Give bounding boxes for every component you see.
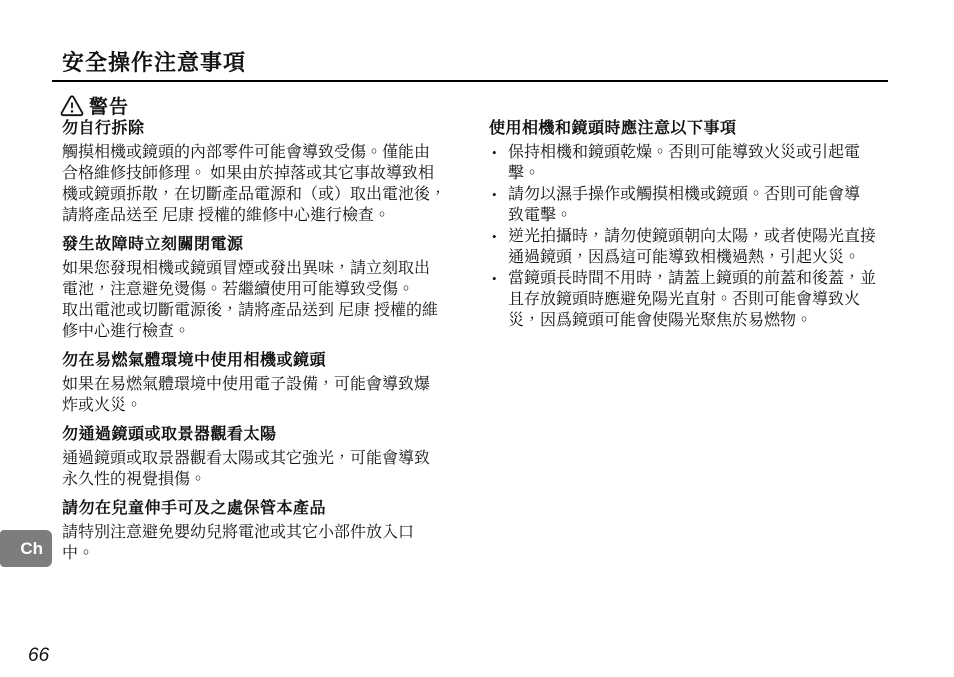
bullet-text: 當鏡頭長時間不用時，請蓋上鏡頭的前蓋和後蓋，並 且存放鏡頭時應避免陽光直射。否則… <box>508 268 915 331</box>
bullet-icon: • <box>489 268 508 289</box>
right-column: 使用相機和鏡頭時應注意以下事項 • 保持相機和鏡頭乾燥。否則可能導致火災或引起電… <box>489 118 915 331</box>
bullet-icon: • <box>489 226 508 247</box>
bullet-text: 保持相機和鏡頭乾燥。否則可能導致火災或引起電 擊。 <box>508 142 915 184</box>
list-item: • 請勿以濕手操作或觸摸相機或鏡頭。否則可能會導 致電擊。 <box>489 184 915 226</box>
bullet-icon: • <box>489 142 508 163</box>
section-heading: 請勿在兒童伸手可及之處保管本產品 <box>62 498 474 519</box>
list-item: • 逆光拍攝時，請勿使鏡頭朝向太陽，或者使陽光直接 通過鏡頭，因爲這可能導致相機… <box>489 226 915 268</box>
title-rule <box>52 80 888 82</box>
page-title: 安全操作注意事項 <box>62 46 246 77</box>
list-item: • 當鏡頭長時間不用時，請蓋上鏡頭的前蓋和後蓋，並 且存放鏡頭時應避免陽光直射。… <box>489 268 915 331</box>
section-body: 請特別注意避免嬰幼兒將電池或其它小部件放入口 中。 <box>62 522 474 564</box>
section-body: 如果您發現相機或鏡頭冒煙或發出異味，請立刻取出 電池，注意避免燙傷。若繼續使用可… <box>62 258 474 342</box>
warning-heading: 警告 <box>60 92 129 119</box>
precaution-list: • 保持相機和鏡頭乾燥。否則可能導致火災或引起電 擊。 • 請勿以濕手操作或觸摸… <box>489 142 915 331</box>
section-body: 如果在易燃氣體環境中使用電子設備，可能會導致爆 炸或火災。 <box>62 374 474 416</box>
language-tab-label: Ch <box>20 539 43 559</box>
section-heading: 勿自行拆除 <box>62 118 474 139</box>
section-heading: 發生故障時立刻關閉電源 <box>62 234 474 255</box>
section-body: 觸摸相機或鏡頭的內部零件可能會導致受傷。僅能由 合格維修技師修理。 如果由於掉落… <box>62 142 474 226</box>
list-item: • 保持相機和鏡頭乾燥。否則可能導致火災或引起電 擊。 <box>489 142 915 184</box>
warning-label: 警告 <box>89 92 129 119</box>
language-tab-ch: Ch <box>0 530 52 567</box>
bullet-text: 逆光拍攝時，請勿使鏡頭朝向太陽，或者使陽光直接 通過鏡頭，因爲這可能導致相機過熱… <box>508 226 915 268</box>
section-heading: 勿在易燃氣體環境中使用相機或鏡頭 <box>62 350 474 371</box>
bullet-icon: • <box>489 184 508 205</box>
section-heading: 勿通過鏡頭或取景器觀看太陽 <box>62 424 474 445</box>
warning-triangle-icon <box>60 95 84 117</box>
manual-page: 安全操作注意事項 警告 勿自行拆除 觸摸相機或鏡頭的內部零件可能會導致受傷。僅能… <box>0 0 954 677</box>
section-body: 通過鏡頭或取景器觀看太陽或其它強光，可能會導致 永久性的視覺損傷。 <box>62 448 474 490</box>
page-number: 66 <box>28 645 49 667</box>
section-heading: 使用相機和鏡頭時應注意以下事項 <box>489 118 915 139</box>
bullet-text: 請勿以濕手操作或觸摸相機或鏡頭。否則可能會導 致電擊。 <box>508 184 915 226</box>
left-column: 勿自行拆除 觸摸相機或鏡頭的內部零件可能會導致受傷。僅能由 合格維修技師修理。 … <box>62 118 474 564</box>
